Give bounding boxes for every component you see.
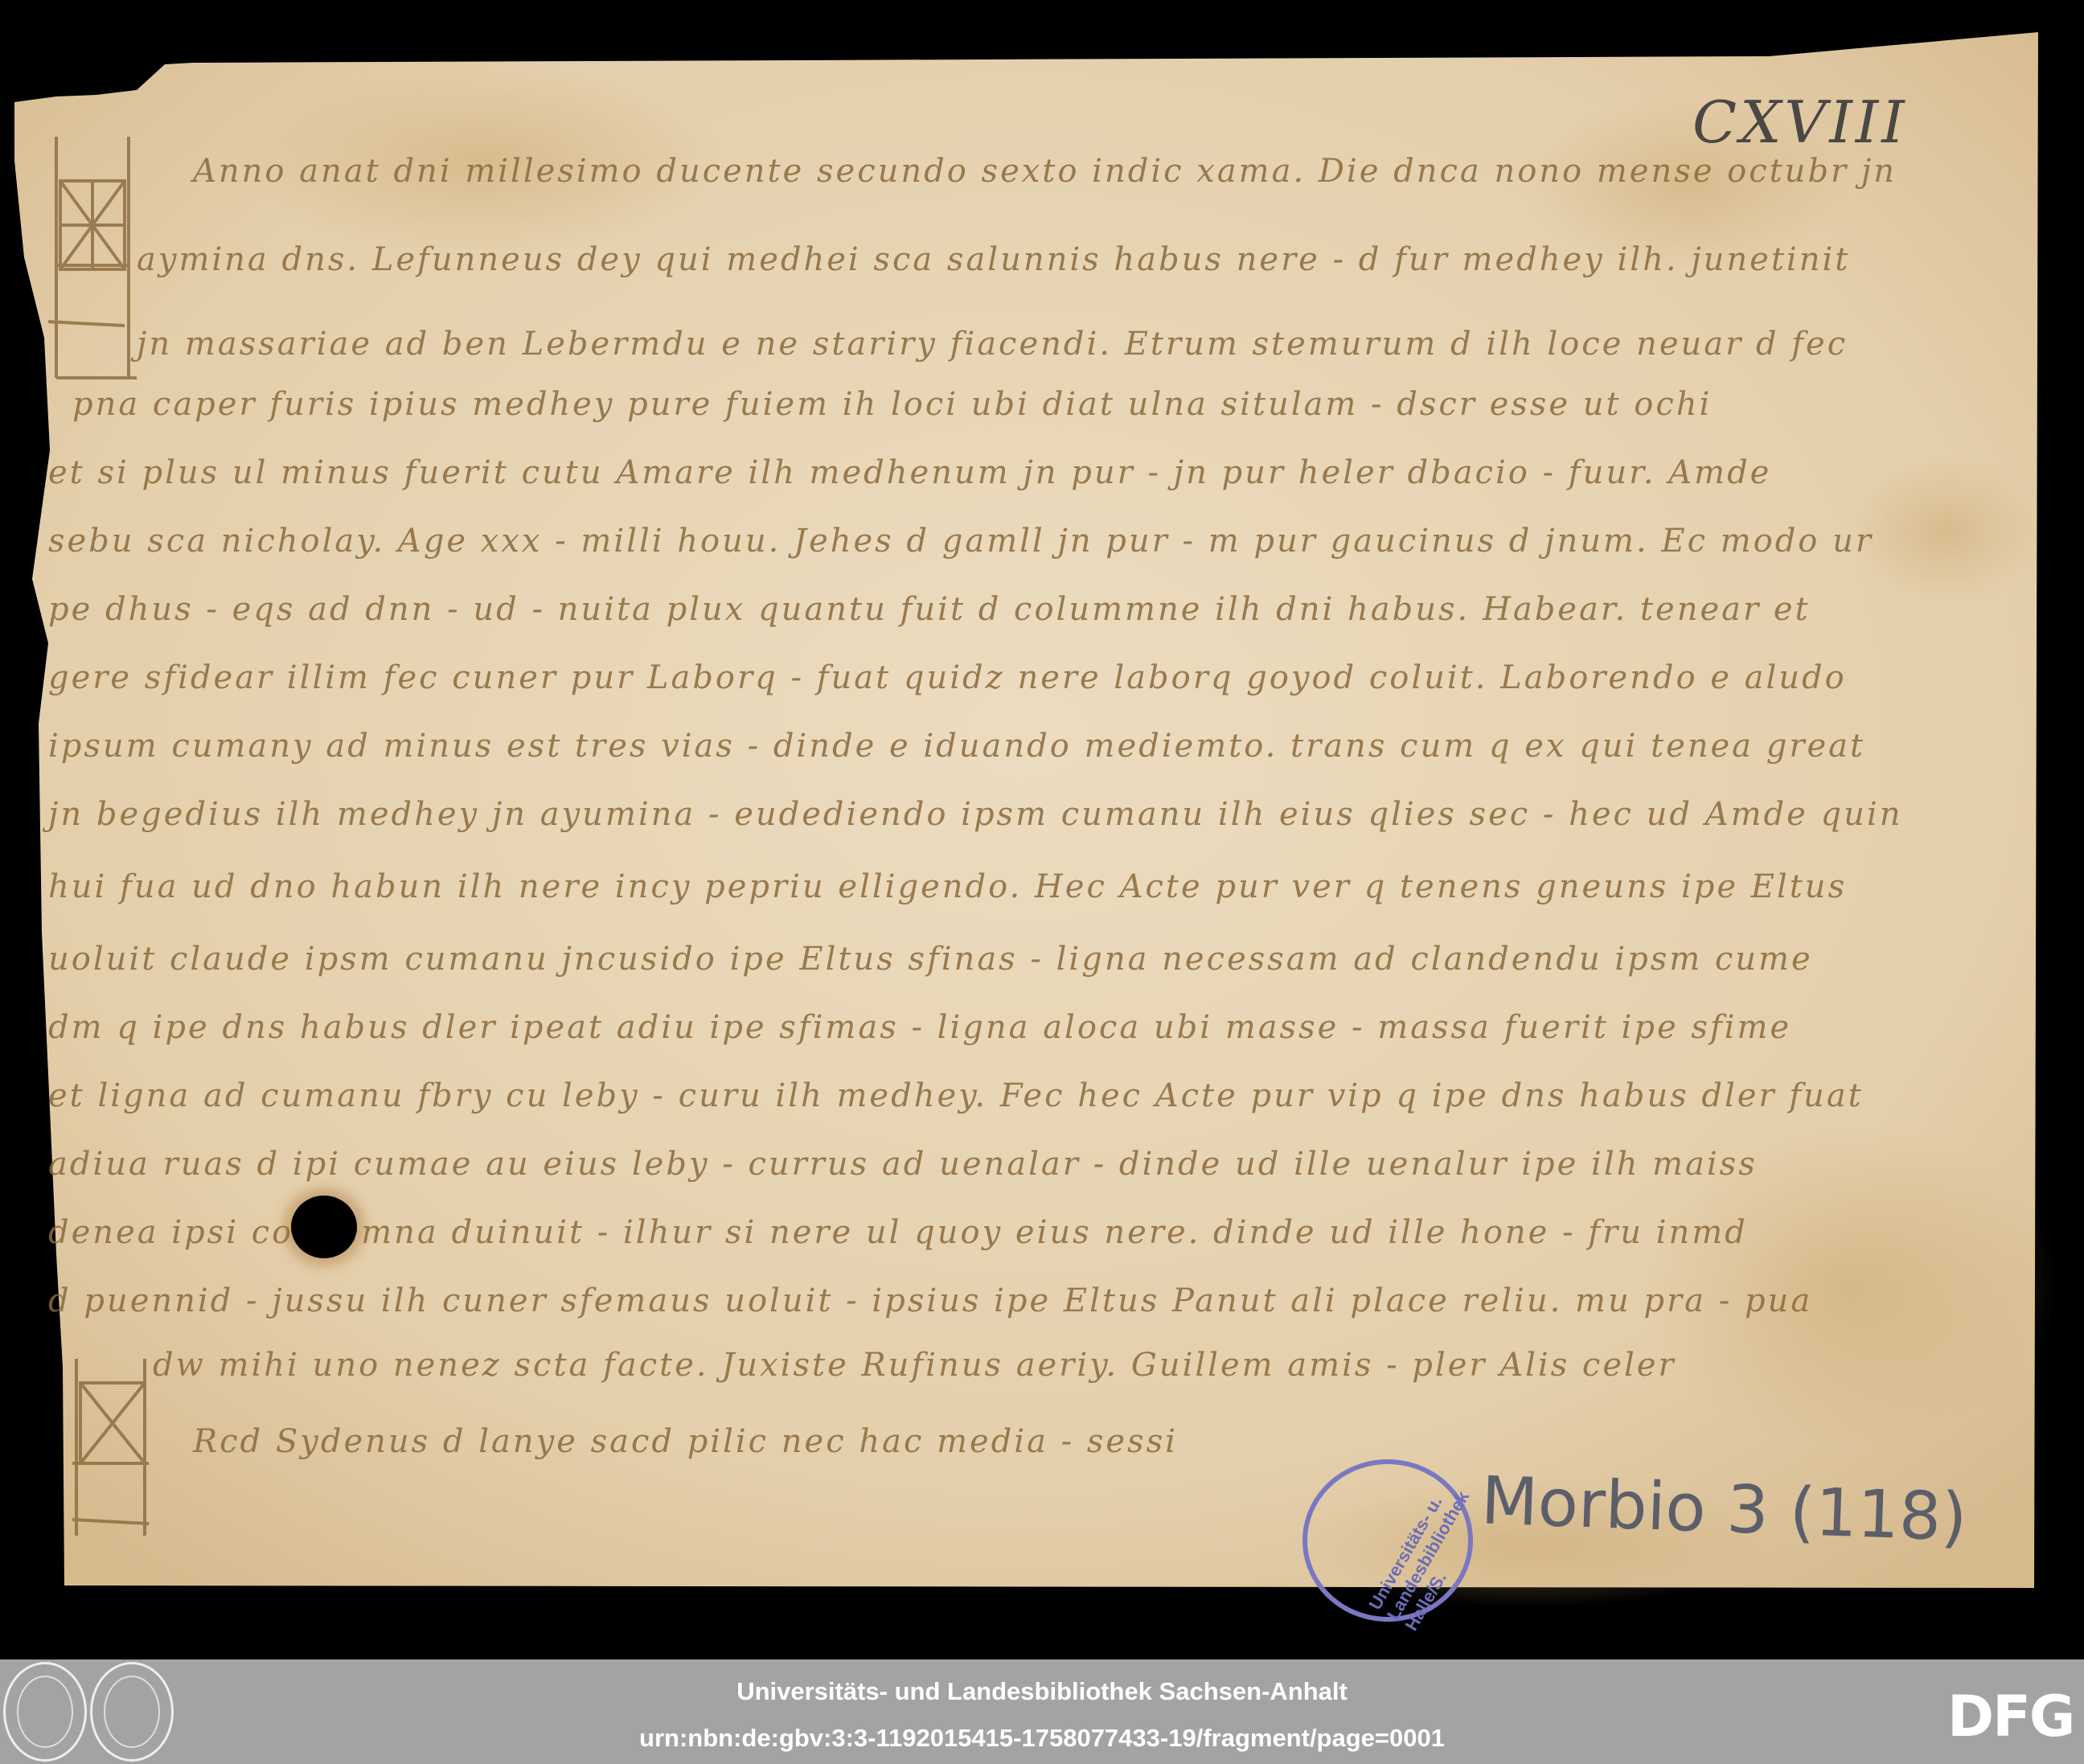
footer-bar: Universitäts- und Landesbibliothek Sachs… <box>0 1659 2084 1764</box>
charter-line: adiua ruas d ipi cumae au eius leby - cu… <box>48 1146 1758 1183</box>
charter-line: Rcd Sydenus d lanye sacd pilic nec hac m… <box>193 1423 1178 1460</box>
library-stamp: Universitäts- u. Landesbibliothek Halle/… <box>1302 1459 1473 1622</box>
charter-line: pna caper furis ipius medhey pure fuiem … <box>72 386 1712 423</box>
charter-line: uoluit claude ipsm cumanu jncusido ipe E… <box>48 941 1813 978</box>
charter-line: ipsum cumany ad minus est tres vias - di… <box>48 728 1865 765</box>
urn-link[interactable]: urn:nbn:de:gbv:3:3-1192015415-1758077433… <box>0 1724 2084 1753</box>
charter-line: d puennid - jussu ilh cuner sfemaus uolu… <box>48 1282 1812 1319</box>
parchment-hole <box>291 1196 357 1258</box>
charter-line: dm q ipe dns habus dler ipeat adiu ipe s… <box>48 1009 1791 1046</box>
charter-line: Anno anat dni millesimo ducente secundo … <box>193 153 1897 190</box>
archive-numeral: CXVIII <box>1692 88 1908 156</box>
charter-line: hui fua ud dno habun ilh nere incy pepri… <box>48 868 1847 905</box>
charter-line: gere sfidear illim fec cuner pur Laborq … <box>48 659 1847 696</box>
charter-line: jn massariae ad ben Lebermdu e ne starir… <box>137 326 1848 363</box>
charter-line: pe dhus - eqs ad dnn - ud - nuita plux q… <box>48 591 1811 628</box>
institution-name: Universitäts- und Landesbibliothek Sachs… <box>0 1677 2084 1706</box>
charter-line: dw mihi uno nenez scta facte. Juxiste Ru… <box>153 1347 1676 1384</box>
charter-line: jn begedius ilh medhey jn ayumina - eude… <box>48 796 1902 833</box>
document-viewer: CXVIII Anno anat dni millesimo ducente s… <box>0 0 2084 1659</box>
charter-line: aymina dns. Lefunneus dey qui medhei sca… <box>137 241 1850 278</box>
dfg-logo: DFG <box>1947 1684 2074 1750</box>
charter-line: sebu sca nicholay. Age xxx - milli houu.… <box>48 523 1873 560</box>
charter-line: et si plus ul minus fuerit cutu Amare il… <box>48 454 1771 491</box>
charter-line: et ligna ad cumanu fbry cu leby - curu i… <box>48 1077 1864 1114</box>
